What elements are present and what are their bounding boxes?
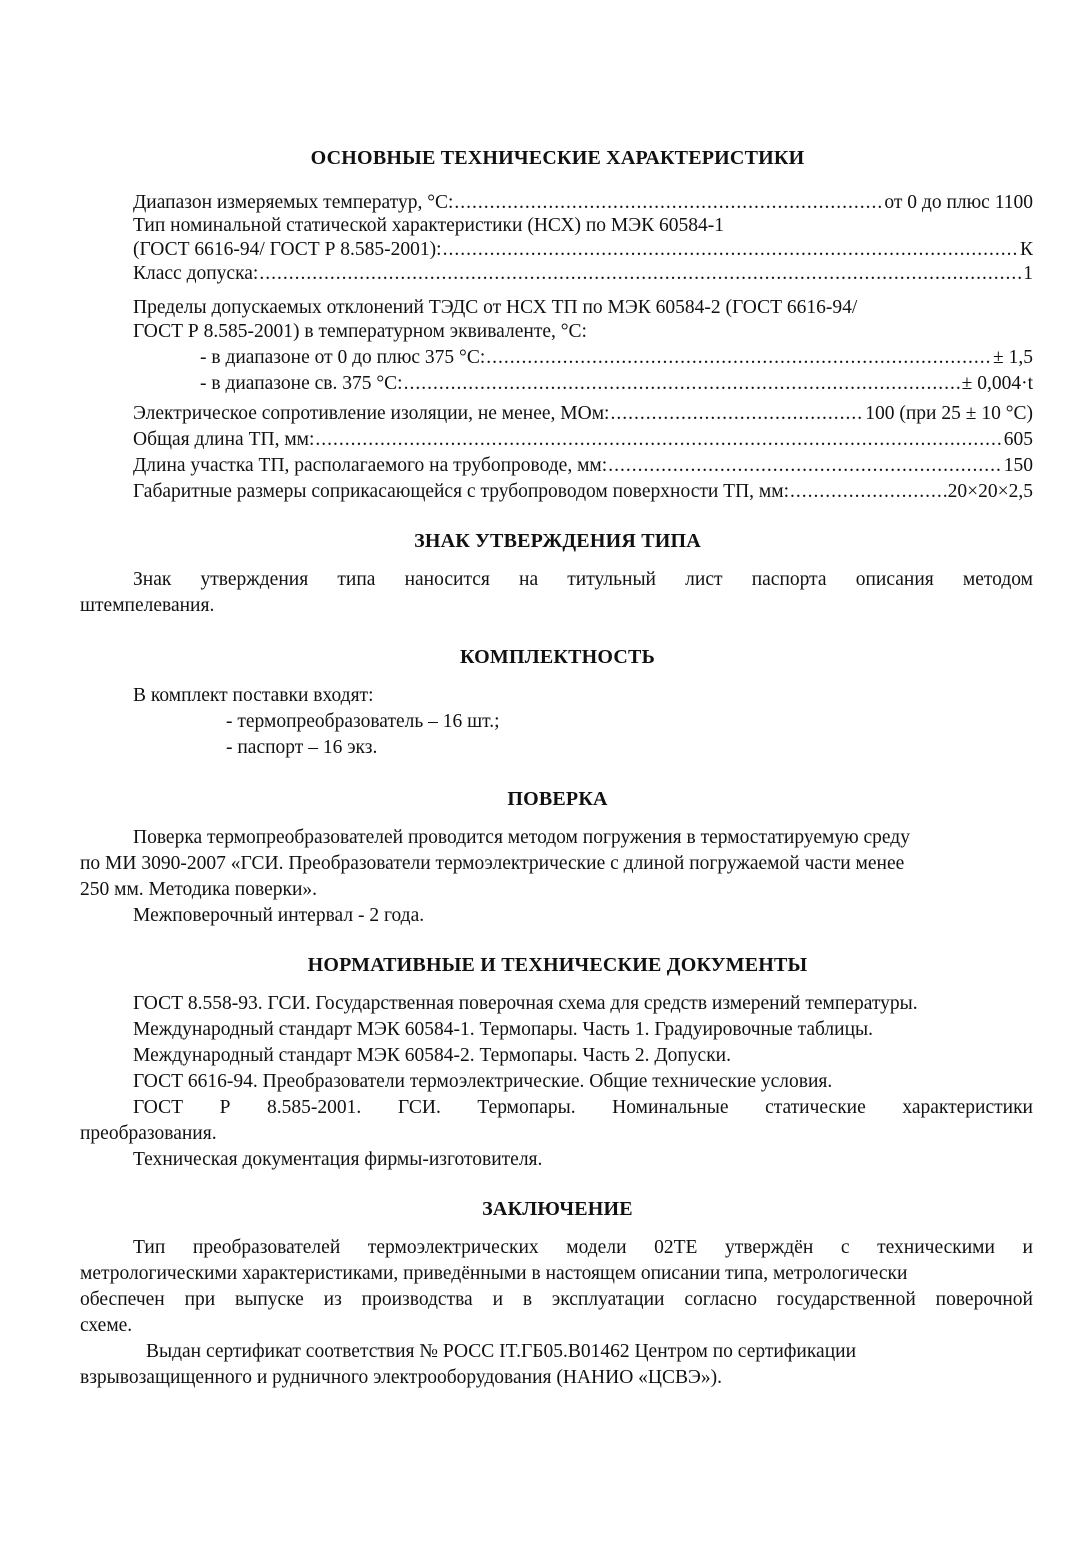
documents-title: НОРМАТИВНЫЕ И ТЕХНИЧЕСКИЕ ДОКУМЕНТЫ bbox=[80, 954, 1035, 977]
spec-row-tolerance-class: Класс допуска: 1 bbox=[133, 263, 1033, 285]
approval-mark-text-line2: штемпелевания. bbox=[80, 595, 214, 617]
document-item: Международный стандарт МЭК 60584-2. Терм… bbox=[133, 1045, 731, 1067]
spec-value: 100 (при 25 ± 10 °С) bbox=[865, 403, 1033, 425]
spec-value: ± 1,5 bbox=[993, 347, 1033, 369]
approval-mark-text-line1: Знак утверждения типа наносится на титул… bbox=[133, 569, 1033, 591]
spec-value: К bbox=[1020, 239, 1033, 261]
spec-row-nsx-type: Тип номинальной статической характеристи… bbox=[133, 215, 724, 237]
spec-value: 1 bbox=[1023, 263, 1033, 285]
spec-label: - в диапазоне от 0 до плюс 375 °С: bbox=[200, 347, 485, 369]
conclusion-text-line: схеме. bbox=[80, 1315, 132, 1337]
completeness-item: - паспорт – 16 экз. bbox=[226, 737, 377, 759]
leader-dots bbox=[454, 192, 883, 214]
spec-row-dimensions: Габаритные размеры соприкасающейся с тру… bbox=[133, 481, 1033, 503]
document-item: Международный стандарт МЭК 60584-1. Терм… bbox=[133, 1019, 873, 1041]
verification-text-line: Поверка термопреобразователей проводится… bbox=[133, 827, 910, 849]
leader-dots bbox=[486, 347, 992, 369]
spec-row-range-above-375: - в диапазоне св. 375 °С: ± 0,004·t bbox=[200, 373, 1033, 395]
verification-interval: Межповерочный интервал - 2 года. bbox=[133, 905, 424, 927]
completeness-title: КОМПЛЕКТНОСТЬ bbox=[80, 646, 1035, 669]
specs-title: ОСНОВНЫЕ ТЕХНИЧЕСКИЕ ХАРАКТЕРИСТИКИ bbox=[80, 147, 1035, 170]
spec-label: Диапазон измеряемых температур, °С: bbox=[133, 192, 453, 214]
leader-dots bbox=[608, 455, 1003, 477]
spec-value: ± 0,004·t bbox=[962, 373, 1033, 395]
spec-label: Общая длина ТП, мм: bbox=[133, 429, 314, 451]
spec-row-insulation: Электрическое сопротивление изоляции, не… bbox=[133, 403, 1033, 425]
spec-label: Электрическое сопротивление изоляции, не… bbox=[133, 403, 609, 425]
spec-value: 20×20×2,5 bbox=[948, 481, 1033, 503]
leader-dots bbox=[443, 239, 1019, 261]
spec-row-pipe-length: Длина участка ТП, располагаемого на труб… bbox=[133, 455, 1033, 477]
verification-text-line: 250 мм. Методика поверки». bbox=[80, 879, 317, 901]
leader-dots bbox=[315, 429, 1002, 451]
spec-row-limits-line1: Пределы допускаемых отклонений ТЭДС от Н… bbox=[133, 297, 857, 319]
approval-mark-title: ЗНАК УТВЕРЖДЕНИЯ ТИПА bbox=[80, 530, 1035, 553]
verification-text-line: по МИ 3090-2007 «ГСИ. Преобразователи те… bbox=[80, 853, 904, 875]
leader-dots bbox=[259, 263, 1022, 285]
spec-value: от 0 до плюс 1100 bbox=[884, 192, 1033, 214]
spec-row-total-length: Общая длина ТП, мм: 605 bbox=[133, 429, 1033, 451]
document-item: ГОСТ 6616-94. Преобразователи термоэлект… bbox=[133, 1071, 832, 1093]
spec-label: - в диапазоне св. 375 °С: bbox=[200, 373, 403, 395]
spec-label: Длина участка ТП, располагаемого на труб… bbox=[133, 455, 607, 477]
spec-value: 150 bbox=[1004, 455, 1033, 477]
spec-row-limits-line2: ГОСТ Р 8.585-2001) в температурном эквив… bbox=[133, 321, 587, 343]
completeness-intro: В комплект поставки входят: bbox=[133, 685, 373, 707]
verification-title: ПОВЕРКА bbox=[80, 788, 1035, 811]
leader-dots bbox=[404, 373, 961, 395]
document-item: Техническая документация фирмы-изготовит… bbox=[133, 1149, 542, 1171]
conclusion-text-line: метрологическими характеристиками, приве… bbox=[80, 1263, 907, 1285]
leader-dots bbox=[610, 403, 864, 425]
conclusion-title: ЗАКЛЮЧЕНИЕ bbox=[80, 1198, 1035, 1221]
spec-row-gost-nsx: (ГОСТ 6616-94/ ГОСТ Р 8.585-2001): К bbox=[133, 239, 1033, 261]
spec-label: Габаритные размеры соприкасающейся с тру… bbox=[133, 481, 789, 503]
certificate-text-line: взрывозащищенного и рудничного электрооб… bbox=[80, 1367, 722, 1389]
spec-label: Класс допуска: bbox=[133, 263, 258, 285]
document-item-continuation: преобразования. bbox=[80, 1123, 217, 1145]
spec-row-range-0-375: - в диапазоне от 0 до плюс 375 °С: ± 1,5 bbox=[200, 347, 1033, 369]
document-item: ГОСТ 8.558-93. ГСИ. Государственная пове… bbox=[133, 993, 918, 1015]
certificate-text-line: Выдан сертификат соответствия № РОСС IT.… bbox=[146, 1341, 856, 1363]
spec-value: 605 bbox=[1004, 429, 1033, 451]
conclusion-text-line: обеспечен при выпуске из производства и … bbox=[80, 1289, 1033, 1311]
conclusion-text-line: Тип преобразователей термоэлектрических … bbox=[133, 1237, 1033, 1259]
leader-dots bbox=[790, 481, 947, 503]
completeness-item: - термопреобразователь – 16 шт.; bbox=[226, 711, 500, 733]
document-item: ГОСТ Р 8.585-2001. ГСИ. Термопары. Номин… bbox=[133, 1097, 1033, 1119]
document-page: ОСНОВНЫЕ ТЕХНИЧЕСКИЕ ХАРАКТЕРИСТИКИ Диап… bbox=[0, 0, 1086, 1560]
spec-row-temperature-range: Диапазон измеряемых температур, °С: от 0… bbox=[133, 192, 1033, 214]
spec-label: (ГОСТ 6616-94/ ГОСТ Р 8.585-2001): bbox=[133, 239, 442, 261]
